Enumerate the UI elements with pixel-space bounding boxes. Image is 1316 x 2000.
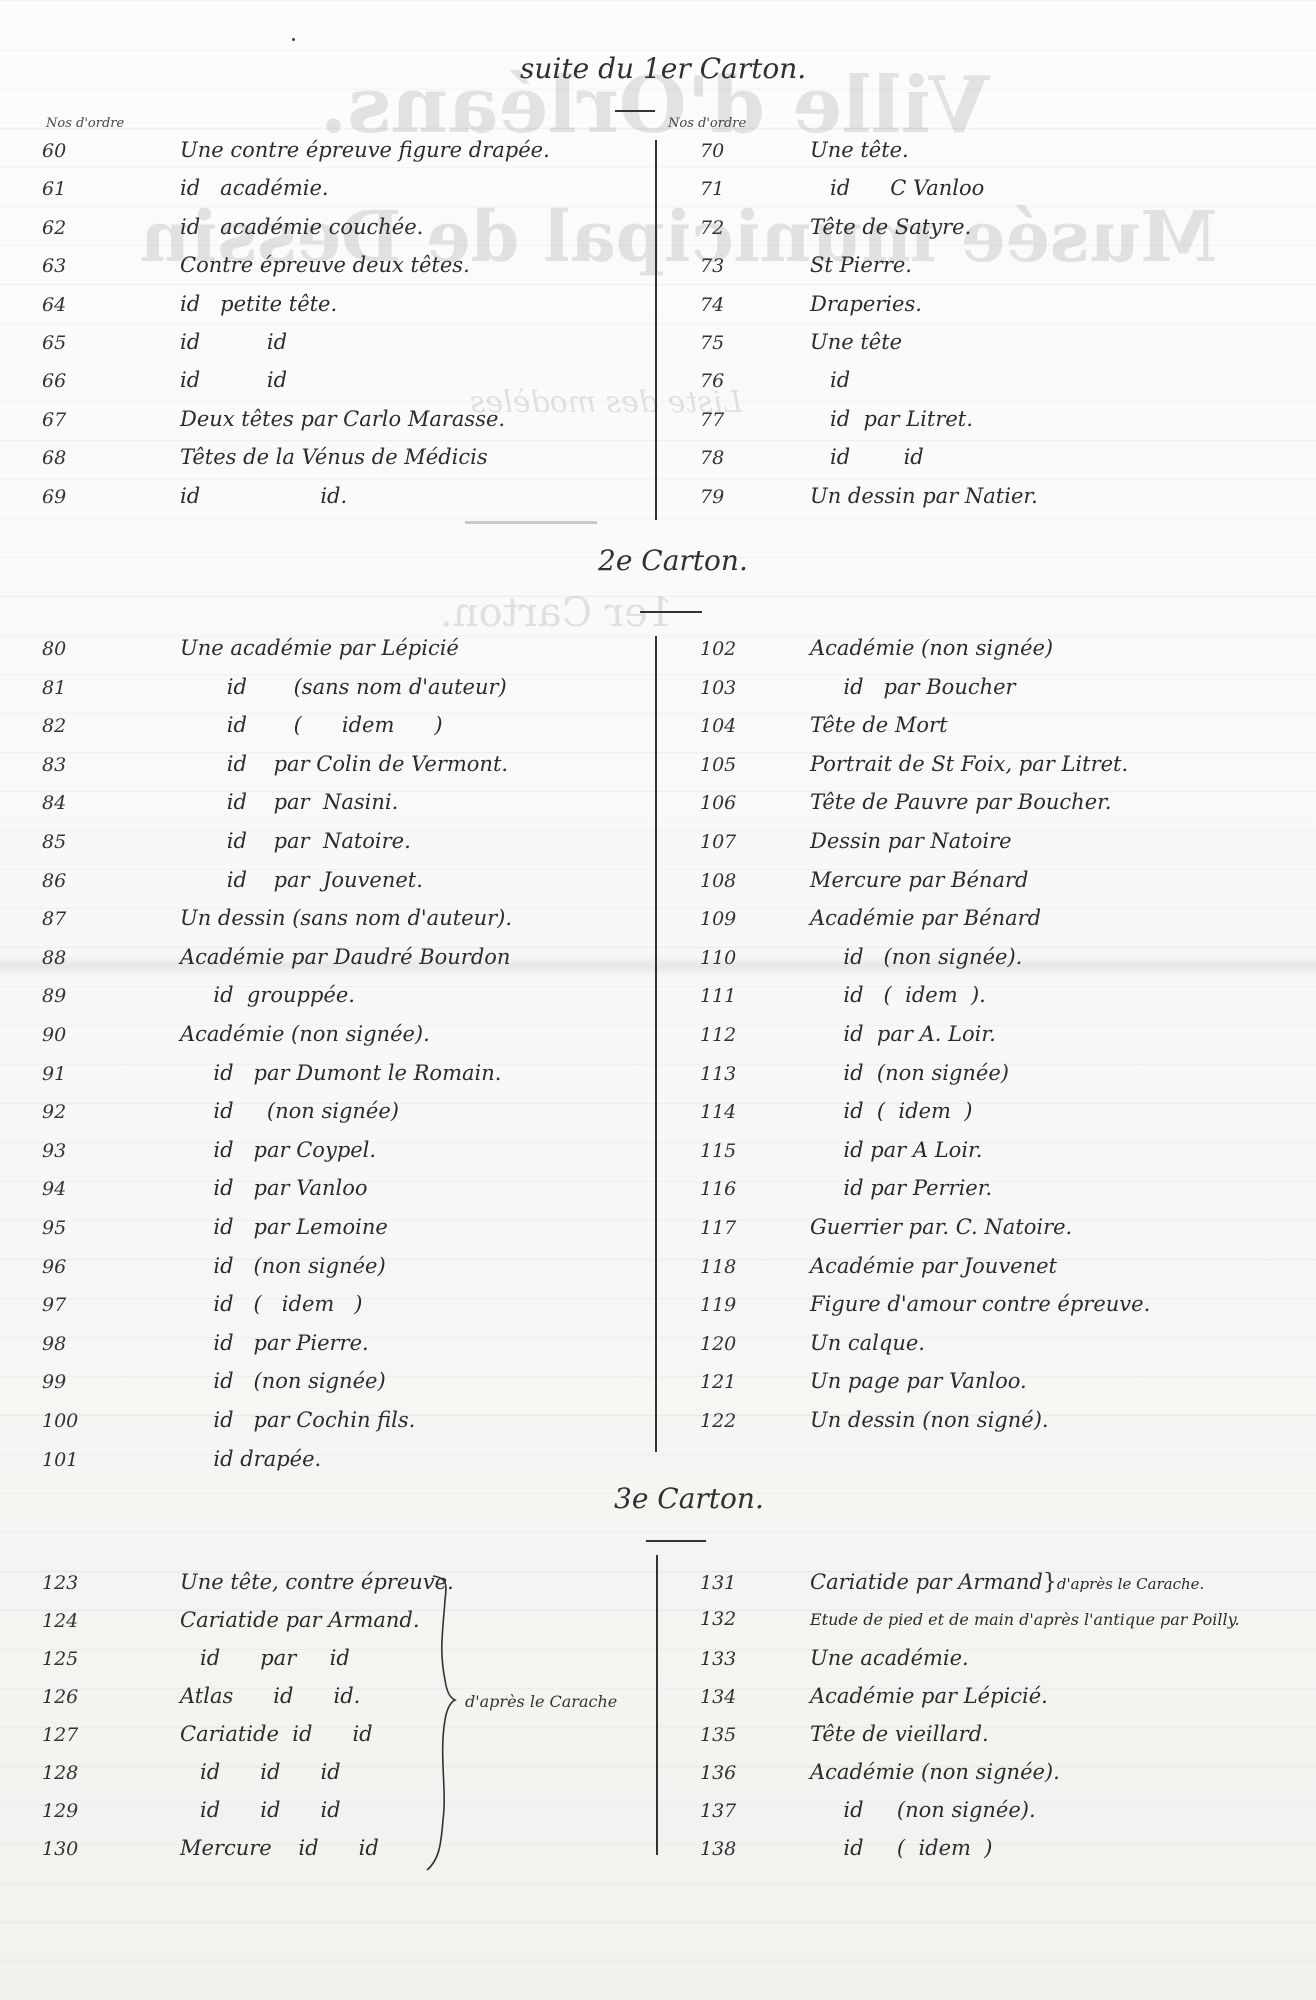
list-item: 104Tête de Mort	[700, 713, 948, 749]
section-ordinal: 3e	[614, 1482, 648, 1515]
item-description: id par Boucher	[810, 675, 1016, 699]
item-description: Cariatide par Armand	[810, 1570, 1043, 1594]
item-number: 96	[42, 1256, 122, 1278]
manuscript-page: Ville d'Orléans. Musée municipal de Dess…	[0, 0, 1316, 2000]
list-item: 99 id (non signée)	[42, 1369, 386, 1405]
column-divider	[656, 1555, 658, 1855]
list-item: 94 id par Vanloo	[42, 1176, 368, 1212]
item-number: 63	[42, 255, 122, 277]
item-number: 107	[700, 831, 810, 853]
item-number: 60	[42, 140, 122, 162]
list-item: 138 id ( idem )	[700, 1836, 993, 1872]
section-heading-3: 3e Carton.	[614, 1482, 764, 1515]
list-item: 87Un dessin (sans nom d'auteur).	[42, 906, 512, 942]
column-divider	[655, 636, 657, 1452]
item-number: 122	[700, 1410, 810, 1432]
item-description: id id	[180, 330, 287, 354]
item-description: Une tête.	[810, 138, 909, 162]
item-number: 120	[700, 1333, 810, 1355]
list-item: 90Académie (non signée).	[42, 1022, 430, 1058]
item-number: 118	[700, 1256, 810, 1278]
item-number: 78	[700, 447, 810, 469]
list-item: 60Une contre épreuve figure drapée.	[42, 138, 550, 174]
item-description: St Pierre.	[810, 253, 912, 277]
list-item: 71 id C Vanloo	[700, 176, 984, 212]
item-number: 64	[42, 294, 122, 316]
item-number: 61	[42, 178, 122, 200]
ink-speck	[292, 38, 295, 41]
list-item: 117Guerrier par. C. Natoire.	[700, 1215, 1072, 1251]
item-description: id	[810, 368, 850, 392]
item-description: Cariatide par Armand.	[180, 1608, 420, 1632]
item-description: Guerrier par. C. Natoire.	[810, 1215, 1072, 1239]
item-number: 123	[42, 1572, 122, 1594]
item-description: id grouppée.	[180, 983, 355, 1007]
list-item: 105Portrait de St Foix, par Litret.	[700, 752, 1128, 788]
item-number: 82	[42, 715, 122, 737]
item-number: 93	[42, 1140, 122, 1162]
list-item: 72Tête de Satyre.	[700, 215, 971, 251]
list-item: 86 id par Jouvenet.	[42, 868, 423, 904]
item-description: Dessin par Natoire	[810, 829, 1012, 853]
item-description: Tête de vieillard.	[810, 1722, 989, 1746]
list-item: 77 id par Litret.	[700, 407, 973, 443]
item-description: id petite tête.	[180, 292, 337, 316]
list-item: 127Cariatide id id	[42, 1722, 373, 1758]
item-description: Académie (non signée).	[810, 1760, 1060, 1784]
item-number: 133	[700, 1648, 810, 1670]
list-item: 75Une tête	[700, 330, 902, 366]
curly-brace-icon	[425, 1570, 465, 1880]
item-number: 97	[42, 1294, 122, 1316]
item-description: id par Cochin fils.	[180, 1408, 415, 1432]
item-description: Atlas id id.	[180, 1684, 360, 1708]
item-description: Un dessin par Natier.	[810, 484, 1038, 508]
item-number: 84	[42, 792, 122, 814]
item-number: 134	[700, 1686, 810, 1708]
list-item: 112 id par A. Loir.	[700, 1022, 996, 1058]
item-description: id par Nasini.	[180, 790, 398, 814]
item-description: Une académie.	[810, 1646, 969, 1670]
item-number: 101	[42, 1449, 122, 1471]
faint-rule	[465, 521, 597, 524]
list-item: 130Mercure id id	[42, 1836, 379, 1872]
list-item: 134Académie par Lépicié.	[700, 1684, 1048, 1720]
item-number: 136	[700, 1762, 810, 1784]
item-description: Portrait de St Foix, par Litret.	[810, 752, 1128, 776]
item-description: id par Lemoine	[180, 1215, 388, 1239]
list-item: 120Un calque.	[700, 1331, 925, 1367]
item-description: id académie couchée.	[180, 215, 423, 239]
item-description: id par Jouvenet.	[180, 868, 423, 892]
item-number: 130	[42, 1838, 122, 1860]
list-item: 137 id (non signée).	[700, 1798, 1036, 1834]
list-item: 111 id ( idem ).	[700, 983, 986, 1019]
list-item: 63Contre épreuve deux têtes.	[42, 253, 470, 289]
list-item: 93 id par Coypel.	[42, 1138, 376, 1174]
section-title: Carton.	[641, 544, 748, 577]
list-item: 100 id par Cochin fils.	[42, 1408, 415, 1444]
item-number: 128	[42, 1762, 122, 1784]
item-number: 66	[42, 370, 122, 392]
item-number: 105	[700, 754, 810, 776]
heading-underline	[640, 611, 702, 613]
item-number: 124	[42, 1610, 122, 1632]
list-item: 91 id par Dumont le Romain.	[42, 1061, 501, 1097]
section-ordinal: 2e	[598, 544, 632, 577]
item-description: Académie (non signée)	[810, 636, 1053, 660]
item-description: Tête de Mort	[810, 713, 948, 737]
list-item: 66id id	[42, 368, 287, 404]
list-item: 80Une académie par Lépicié	[42, 636, 459, 672]
item-number: 126	[42, 1686, 122, 1708]
item-description: id ( idem )	[810, 1099, 972, 1123]
item-number: 135	[700, 1724, 810, 1746]
item-number: 71	[700, 178, 810, 200]
list-item: 73St Pierre.	[700, 253, 912, 289]
item-description: Un page par Vanloo.	[810, 1369, 1027, 1393]
item-number: 73	[700, 255, 810, 277]
list-item: 116 id par Perrier.	[700, 1176, 992, 1212]
list-item: 131Cariatide par Armand } d'après le Car…	[700, 1570, 1204, 1606]
list-item: 84 id par Nasini.	[42, 790, 398, 826]
item-number: 112	[700, 1024, 810, 1046]
item-number: 102	[700, 638, 810, 660]
item-description: id ( idem ).	[810, 983, 986, 1007]
column-header-right: Nos d'ordre	[668, 116, 746, 131]
item-number: 76	[700, 370, 810, 392]
item-number: 106	[700, 792, 810, 814]
item-number: 131	[700, 1572, 810, 1594]
item-description: Académie par Bénard	[810, 906, 1041, 930]
list-item: 135Tête de vieillard.	[700, 1722, 989, 1758]
item-description: id (non signée)	[180, 1099, 399, 1123]
list-item: 129 id id id	[42, 1798, 341, 1834]
item-description: id par Perrier.	[810, 1176, 992, 1200]
list-item: 95 id par Lemoine	[42, 1215, 388, 1251]
bracket-note: d'après le Carache	[465, 1692, 617, 1711]
list-item: 107Dessin par Natoire	[700, 829, 1012, 865]
item-number: 137	[700, 1800, 810, 1822]
item-description: id (non signée)	[810, 1061, 1009, 1085]
item-description: id drapée.	[180, 1447, 321, 1471]
item-number: 113	[700, 1063, 810, 1085]
item-number: 79	[700, 486, 810, 508]
item-number: 62	[42, 217, 122, 239]
curly-brace-icon: }	[1043, 1570, 1057, 1595]
list-item: 67Deux têtes par Carlo Marasse.	[42, 407, 505, 443]
item-description: Une contre épreuve figure drapée.	[180, 138, 550, 162]
item-description: id id.	[180, 484, 347, 508]
item-number: 72	[700, 217, 810, 239]
item-description: Académie par Lépicié.	[810, 1684, 1048, 1708]
item-description: Académie (non signée).	[180, 1022, 430, 1046]
list-item: 98 id par Pierre.	[42, 1331, 369, 1367]
item-number: 110	[700, 947, 810, 969]
list-item: 126Atlas id id.	[42, 1684, 360, 1720]
list-item: 89 id grouppée.	[42, 983, 355, 1019]
item-number: 91	[42, 1063, 122, 1085]
item-description: id par Colin de Vermont.	[180, 752, 508, 776]
item-description: id par id	[180, 1646, 350, 1670]
item-description: Un calque.	[810, 1331, 925, 1355]
item-description: Mercure id id	[180, 1836, 379, 1860]
item-description: id (non signée).	[810, 1798, 1036, 1822]
item-description: Contre épreuve deux têtes.	[180, 253, 470, 277]
list-item: 110 id (non signée).	[700, 945, 1022, 981]
list-item: 108Mercure par Bénard	[700, 868, 1028, 904]
item-number: 115	[700, 1140, 810, 1162]
item-description: id (non signée)	[180, 1369, 386, 1393]
column-header-left: Nos d'ordre	[46, 116, 124, 131]
item-description: Tête de Satyre.	[810, 215, 971, 239]
item-number: 80	[42, 638, 122, 660]
item-description: Un dessin (sans nom d'auteur).	[180, 906, 512, 930]
item-description: id académie.	[180, 176, 329, 200]
item-description: id ( idem )	[810, 1836, 993, 1860]
item-number: 138	[700, 1838, 810, 1860]
section-title: suite du 1er Carton.	[520, 52, 806, 85]
item-description: id id id	[180, 1798, 341, 1822]
item-number: 88	[42, 947, 122, 969]
list-item: 123Une tête, contre épreuve.	[42, 1570, 454, 1606]
item-description: Une tête, contre épreuve.	[180, 1570, 454, 1594]
list-item: 81 id (sans nom d'auteur)	[42, 675, 507, 711]
item-number: 99	[42, 1371, 122, 1393]
item-number: 83	[42, 754, 122, 776]
list-item: 121Un page par Vanloo.	[700, 1369, 1027, 1405]
list-item: 61id académie.	[42, 176, 329, 212]
item-description: id (non signée).	[810, 945, 1022, 969]
list-item: 70Une tête.	[700, 138, 909, 174]
item-description: id par Litret.	[810, 407, 973, 431]
item-number: 74	[700, 294, 810, 316]
item-number: 100	[42, 1410, 122, 1432]
list-item: 96 id (non signée)	[42, 1254, 386, 1290]
item-number: 127	[42, 1724, 122, 1746]
list-item: 68Têtes de la Vénus de Médicis	[42, 445, 488, 481]
item-description: id par A. Loir.	[810, 1022, 996, 1046]
item-description: id par Natoire.	[180, 829, 411, 853]
item-description: Académie par Daudré Bourdon	[180, 945, 510, 969]
item-description: id ( idem )	[180, 1292, 363, 1316]
list-item: 109Académie par Bénard	[700, 906, 1041, 942]
item-number: 87	[42, 908, 122, 930]
item-number: 75	[700, 332, 810, 354]
item-description: id id id	[180, 1760, 341, 1784]
item-number: 109	[700, 908, 810, 930]
item-description: Etude de pied et de main d'après l'antiq…	[810, 1610, 1240, 1629]
item-number: 89	[42, 985, 122, 1007]
heading-underline	[646, 1540, 706, 1542]
list-item: 122Un dessin (non signé).	[700, 1408, 1049, 1444]
item-description: id id	[810, 445, 924, 469]
list-item: 118Académie par Jouvenet	[700, 1254, 1057, 1290]
list-item: 92 id (non signée)	[42, 1099, 399, 1135]
item-number: 81	[42, 677, 122, 699]
list-item: 106Tête de Pauvre par Boucher.	[700, 790, 1112, 826]
list-item: 102Académie (non signée)	[700, 636, 1053, 672]
item-number: 86	[42, 870, 122, 892]
item-description: Cariatide id id	[180, 1722, 373, 1746]
item-number: 117	[700, 1217, 810, 1239]
item-description: id par Coypel.	[180, 1138, 376, 1162]
item-number: 104	[700, 715, 810, 737]
item-description: id C Vanloo	[810, 176, 984, 200]
list-item: 88Académie par Daudré Bourdon	[42, 945, 510, 981]
item-number: 68	[42, 447, 122, 469]
list-item: 76 id	[700, 368, 850, 404]
item-number: 121	[700, 1371, 810, 1393]
item-description: Mercure par Bénard	[810, 868, 1028, 892]
item-description: id id	[180, 368, 287, 392]
item-number: 114	[700, 1101, 810, 1123]
item-number: 119	[700, 1294, 810, 1316]
column-divider	[655, 140, 657, 520]
list-item: 115 id par A Loir.	[700, 1138, 982, 1174]
item-description: Un dessin (non signé).	[810, 1408, 1049, 1432]
item-number: 116	[700, 1178, 810, 1200]
item-description: Figure d'amour contre épreuve.	[810, 1292, 1150, 1316]
list-item: 128 id id id	[42, 1760, 341, 1796]
item-description: id ( idem )	[180, 713, 443, 737]
list-item: 113 id (non signée)	[700, 1061, 1009, 1097]
item-description: Académie par Jouvenet	[810, 1254, 1057, 1278]
item-number: 70	[700, 140, 810, 162]
item-note: d'après le Carache.	[1057, 1575, 1204, 1593]
item-number: 90	[42, 1024, 122, 1046]
list-item: 133Une académie.	[700, 1646, 969, 1682]
list-item: 85 id par Natoire.	[42, 829, 411, 865]
list-item: 124Cariatide par Armand.	[42, 1608, 420, 1644]
list-item: 65id id	[42, 330, 287, 366]
item-number: 92	[42, 1101, 122, 1123]
list-item: 78 id id	[700, 445, 924, 481]
item-number: 85	[42, 831, 122, 853]
list-item: 114 id ( idem )	[700, 1099, 972, 1135]
item-description: Tête de Pauvre par Boucher.	[810, 790, 1112, 814]
list-item: 103 id par Boucher	[700, 675, 1016, 711]
item-description: Une académie par Lépicié	[180, 636, 459, 660]
item-number: 77	[700, 409, 810, 431]
list-item: 97 id ( idem )	[42, 1292, 363, 1328]
item-number: 125	[42, 1648, 122, 1670]
list-item: 132Etude de pied et de main d'après l'an…	[700, 1608, 1240, 1644]
list-item: 125 id par id	[42, 1646, 350, 1682]
item-description: Têtes de la Vénus de Médicis	[180, 445, 488, 469]
item-description: id par A Loir.	[810, 1138, 982, 1162]
item-number: 69	[42, 486, 122, 508]
list-item: 69id id.	[42, 484, 347, 520]
list-item: 62id académie couchée.	[42, 215, 423, 251]
list-item: 82 id ( idem )	[42, 713, 443, 749]
section-heading-1: suite du 1er Carton.	[520, 52, 806, 85]
list-item: 64id petite tête.	[42, 292, 337, 328]
heading-underline	[615, 110, 655, 112]
item-number: 95	[42, 1217, 122, 1239]
show-through-carton: 1er Carton.	[440, 590, 673, 636]
list-item: 83 id par Colin de Vermont.	[42, 752, 508, 788]
item-number: 111	[700, 985, 810, 1007]
item-number: 108	[700, 870, 810, 892]
item-description: id par Pierre.	[180, 1331, 369, 1355]
item-number: 132	[700, 1608, 810, 1630]
list-item: 101 id drapée.	[42, 1447, 321, 1483]
section-heading-2: 2e Carton.	[598, 544, 748, 577]
item-number: 103	[700, 677, 810, 699]
item-number: 98	[42, 1333, 122, 1355]
item-number: 65	[42, 332, 122, 354]
item-description: Une tête	[810, 330, 902, 354]
item-number: 67	[42, 409, 122, 431]
item-description: Deux têtes par Carlo Marasse.	[180, 407, 505, 431]
section-title: Carton.	[657, 1482, 764, 1515]
list-item: 119Figure d'amour contre épreuve.	[700, 1292, 1150, 1328]
item-description: id (sans nom d'auteur)	[180, 675, 507, 699]
list-item: 136Académie (non signée).	[700, 1760, 1060, 1796]
item-description: id par Vanloo	[180, 1176, 368, 1200]
item-description: id (non signée)	[180, 1254, 386, 1278]
item-description: id par Dumont le Romain.	[180, 1061, 501, 1085]
list-item: 79Un dessin par Natier.	[700, 484, 1038, 520]
item-number: 94	[42, 1178, 122, 1200]
item-description: Draperies.	[810, 292, 922, 316]
list-item: 74Draperies.	[700, 292, 922, 328]
item-number: 129	[42, 1800, 122, 1822]
